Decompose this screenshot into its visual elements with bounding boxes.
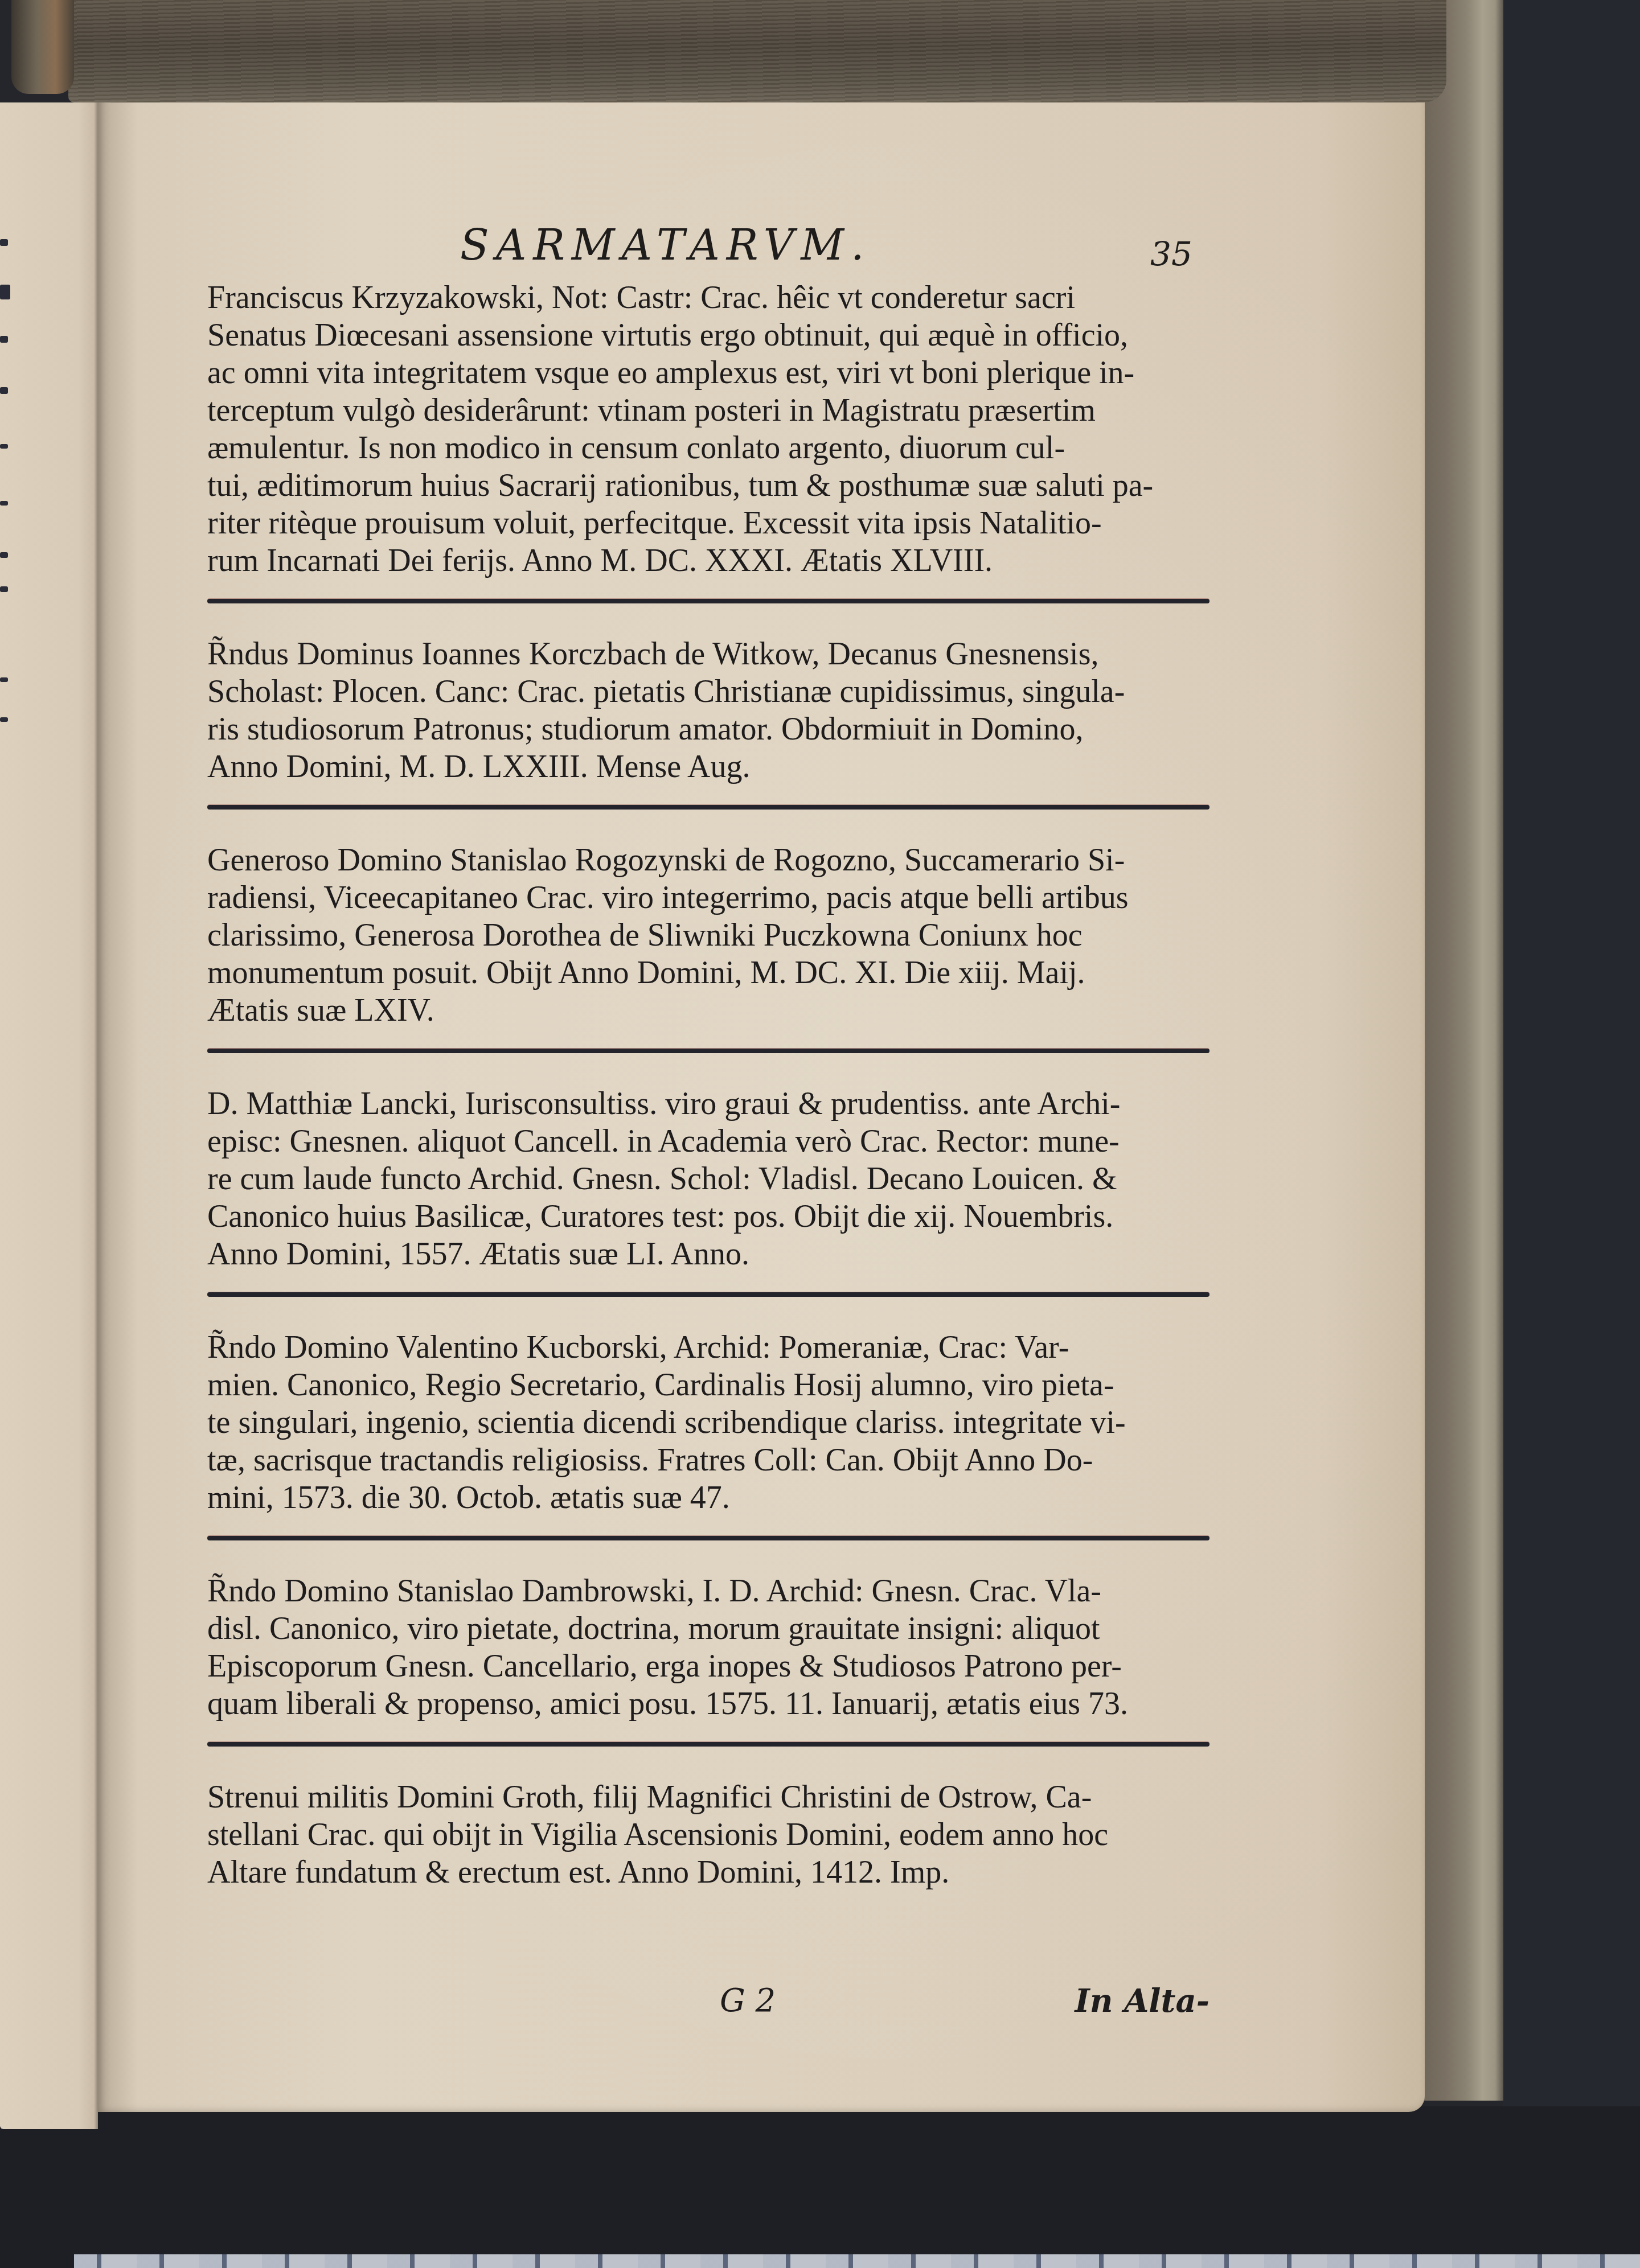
page-footer: G 2 In Alta- <box>207 1982 1209 2033</box>
text-line: mien. Canonico, Regio Secretario, Cardin… <box>207 1366 1209 1404</box>
bleed-mark <box>0 501 8 506</box>
text-line: D. Matthiæ Lancki, Iurisconsultiss. viro… <box>207 1085 1209 1123</box>
text-line: mini, 1573. die 30. Octob. ætatis suæ 47… <box>207 1479 1209 1517</box>
text-line: Senatus Diœcesani assensione virtutis er… <box>207 317 1209 354</box>
book-board-edge <box>1421 0 1503 2101</box>
section-divider-rule <box>207 1292 1209 1297</box>
text-line: quam liberali & propenso, amici posu. 15… <box>207 1685 1209 1723</box>
page-number: 35 <box>1150 235 1192 273</box>
catchword: In Alta- <box>1075 1982 1209 2020</box>
bleed-mark <box>0 239 8 246</box>
running-head-title: SARMATARVM. <box>460 221 871 270</box>
text-line: clarissimo, Generosa Dorothea de Sliwnik… <box>207 917 1209 954</box>
facing-page-sliver <box>0 102 98 2129</box>
bleed-mark <box>0 444 8 449</box>
section-divider-rule <box>207 1536 1209 1540</box>
text-line: monumentum posuit. Obijt Anno Domini, M.… <box>207 954 1209 992</box>
epitaph-entry: R̃ndus Dominus Ioannes Korczbach de Witk… <box>207 635 1209 786</box>
page-block-top-edge <box>68 0 1446 102</box>
text-line: rum Incarnati Dei ferijs. Anno M. DC. XX… <box>207 542 1209 580</box>
epitaph-entry: R̃ndo Domino Valentino Kucborski, Archid… <box>207 1329 1209 1517</box>
text-line: stellani Crac. qui obijt in Vigilia Asce… <box>207 1816 1209 1854</box>
epitaph-entry: Generoso Domino Stanislao Rogozynski de … <box>207 841 1209 1029</box>
text-line: ac omni vita integritatem vsque eo ample… <box>207 354 1209 392</box>
bleed-mark <box>0 336 8 343</box>
bleed-mark <box>0 677 8 682</box>
text-line: æmulentur. Is non modico in censum conla… <box>207 429 1209 467</box>
text-line: tæ, sacrisque tractandis religiosiss. Fr… <box>207 1441 1209 1479</box>
text-line: Franciscus Krzyzakowski, Not: Castr: Cra… <box>207 279 1209 317</box>
text-line: Ætatis suæ LXIV. <box>207 992 1209 1029</box>
section-divider-rule <box>207 1742 1209 1747</box>
text-line: disl. Canonico, viro pietate, doctrina, … <box>207 1610 1209 1647</box>
spine-headband <box>11 0 74 94</box>
background-cloth <box>1503 0 1640 2268</box>
text-line: R̃ndo Domino Valentino Kucborski, Archid… <box>207 1329 1209 1366</box>
text-line: Scholast: Plocen. Canc: Crac. pietatis C… <box>207 673 1209 710</box>
text-line: radiensi, Viceecapitaneo Crac. viro inte… <box>207 879 1209 917</box>
text-line: tui, æditimorum huius Sacrarij rationibu… <box>207 467 1209 504</box>
epitaph-entry: R̃ndo Domino Stanislao Dambrowski, I. D.… <box>207 1572 1209 1723</box>
text-line: R̃ndo Domino Stanislao Dambrowski, I. D.… <box>207 1572 1209 1610</box>
epitaph-entry: D. Matthiæ Lancki, Iurisconsultiss. viro… <box>207 1085 1209 1273</box>
bleed-mark <box>0 387 8 394</box>
running-head: SARMATARVM. 35 <box>207 216 1209 279</box>
text-line: riter ritèque prouisum voluit, perfecitq… <box>207 504 1209 542</box>
bleed-mark <box>0 285 10 299</box>
epitaph-entry: Strenui militis Domini Groth, filij Magn… <box>207 1778 1209 1891</box>
section-divider-rule <box>207 1049 1209 1053</box>
text-line: R̃ndus Dominus Ioannes Korczbach de Witk… <box>207 635 1209 673</box>
text-line: episc: Gnesnen. aliquot Cancell. in Acad… <box>207 1123 1209 1160</box>
text-line: Strenui militis Domini Groth, filij Magn… <box>207 1778 1209 1816</box>
text-line: Anno Domini, M. D. LXXIII. Mense Aug. <box>207 748 1209 786</box>
text-line: Canonico huius Basilicæ, Curatores test:… <box>207 1198 1209 1235</box>
text-block: SARMATARVM. 35 Franciscus Krzyzakowski, … <box>207 216 1209 2033</box>
bleed-mark <box>0 586 8 592</box>
text-line: Episcoporum Gnesn. Cancellario, erga ino… <box>207 1647 1209 1685</box>
text-line: terceptum vulgò desiderârunt: vtinam pos… <box>207 392 1209 429</box>
text-line: re cum laude functo Archid. Gnesn. Schol… <box>207 1160 1209 1198</box>
text-line: Anno Domini, 1557. Ætatis suæ LI. Anno. <box>207 1235 1209 1273</box>
section-divider-rule <box>207 599 1209 603</box>
bleed-mark <box>0 552 8 558</box>
section-divider-rule <box>207 805 1209 810</box>
text-line: Altare fundatum & erectum est. Anno Domi… <box>207 1854 1209 1891</box>
text-line: ris studiosorum Patronus; studiorum amat… <box>207 710 1209 748</box>
epitaph-entry: Franciscus Krzyzakowski, Not: Castr: Cra… <box>207 279 1209 580</box>
text-line: te singulari, ingenio, scientia dicendi … <box>207 1404 1209 1441</box>
bleed-mark <box>0 717 8 722</box>
signature-mark: G 2 <box>720 1982 776 2019</box>
scanner-light-strip <box>74 2254 1640 2268</box>
text-line: Generoso Domino Stanislao Rogozynski de … <box>207 841 1209 879</box>
background-bottom <box>0 2106 1640 2268</box>
